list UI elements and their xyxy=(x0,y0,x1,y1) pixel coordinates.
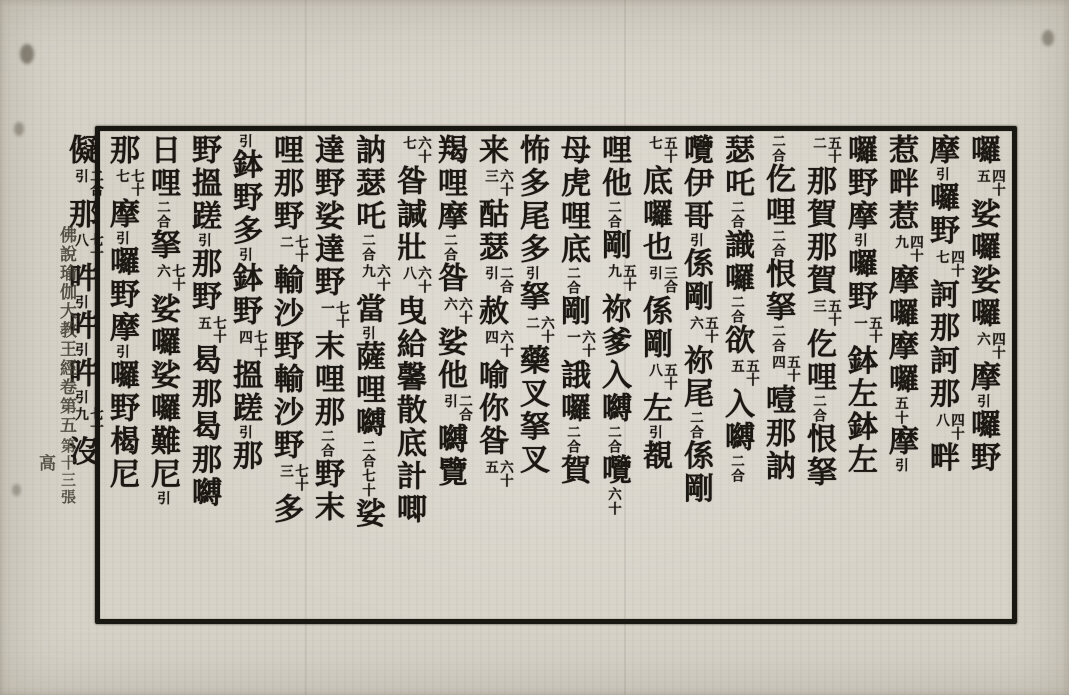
dharani-char: 多 xyxy=(514,233,549,266)
dharani-char: 噎 xyxy=(760,384,795,417)
text-column: 母虎哩底二合剛六十一誐囉二合賀 xyxy=(553,134,594,611)
dharani-char: 赦 xyxy=(473,295,508,328)
dharani-char: 爹 xyxy=(596,326,631,359)
text-column: 那七十七摩引囉野摩引囉野楬尼 xyxy=(102,134,143,611)
dharani-char: 多 xyxy=(268,493,303,526)
annotation: 引 xyxy=(236,425,252,440)
dharani-char: 娑 xyxy=(965,264,1000,297)
dharani-char: 哩 xyxy=(350,374,385,407)
dharani-char: 酤 xyxy=(473,198,508,231)
text-column: 哩他二合剛五十九祢爹入嚩二合囕六十 xyxy=(594,134,635,611)
dharani-char: 訶 xyxy=(924,345,959,378)
dharani-char: 瑟 xyxy=(473,231,508,264)
dharani-char: 剛 xyxy=(596,229,631,262)
dharani-char: 嚩 xyxy=(596,392,631,425)
annotation: 二合 xyxy=(441,233,457,262)
dharani-char: 惹 xyxy=(883,200,918,233)
dharani-char: 哩 xyxy=(432,167,467,200)
annotation: 引 xyxy=(154,491,170,506)
dharani-char: 賀 xyxy=(801,198,836,231)
annotation: 引 xyxy=(523,266,539,281)
dharani-char: 末 xyxy=(309,491,344,524)
dharani-char: 囉 xyxy=(719,262,754,295)
dharani-char: 那 xyxy=(186,248,221,281)
dharani-char: 識 xyxy=(719,229,754,262)
annotation: 六十 xyxy=(605,487,621,516)
text-column: 惹畔惹四十九摩囉摩囉五十摩引 xyxy=(881,134,922,611)
dharani-char: 輸 xyxy=(268,264,303,297)
dharani-char: 散 xyxy=(391,394,426,427)
dharani-char: 囉 xyxy=(965,297,1000,330)
annotation: 引 xyxy=(646,425,662,440)
annotation: 四十九 xyxy=(892,235,922,262)
annotation: 五十九 xyxy=(605,264,635,291)
annotation: 引 xyxy=(195,233,211,248)
ink-smudge xyxy=(20,44,34,64)
dharani-char: 訶 xyxy=(924,279,959,312)
dharani-char: 哩 xyxy=(309,363,344,396)
text-column: 達野娑達野七十一末哩那二合野末 xyxy=(307,134,348,611)
dharani-char: 野 xyxy=(186,281,221,314)
text-column: 羯哩摩二合昝六十六娑他二合引嚩覽 xyxy=(430,134,471,611)
annotation: 二合 xyxy=(605,200,621,229)
dharani-char: 摩 xyxy=(104,198,139,231)
dharani-char: 那 xyxy=(268,167,303,200)
text-column: 囉野摩引囉野五十一鉢左鉢左 xyxy=(840,134,881,611)
dharani-char: 他 xyxy=(432,359,467,392)
dharani-char: 囉 xyxy=(842,134,877,167)
dharani-char: 尼 xyxy=(104,458,139,491)
dharani-char: 鉢 xyxy=(842,345,877,378)
annotation: 二合 xyxy=(810,394,826,423)
dharani-char: 尾 xyxy=(514,200,549,233)
dharani-char: 囉 xyxy=(145,392,180,425)
dharani-char: 計 xyxy=(391,460,426,493)
text-column: 怖多尾多引拏六十二藥叉拏叉 xyxy=(512,134,553,611)
annotation: 六十二 xyxy=(523,316,553,343)
dharani-char: 那 xyxy=(104,134,139,167)
dharani-char: 哩 xyxy=(760,196,795,229)
dharani-char: 剛 xyxy=(678,281,713,314)
annotation: 引 xyxy=(236,134,252,149)
dharani-char: 哩 xyxy=(555,200,590,233)
dharani-char: 摩 xyxy=(883,264,918,297)
annotation: 五十 xyxy=(892,396,908,425)
annotation: 二合 xyxy=(605,425,621,454)
dharani-char: 係 xyxy=(678,440,713,473)
dharani-char: 係 xyxy=(637,295,672,328)
annotation: 引 xyxy=(236,248,252,263)
dharani-char: 野 xyxy=(309,266,344,299)
sutra-title: 佛說瑜伽大教王經卷第五 xyxy=(56,226,76,435)
annotation: 二合 xyxy=(564,425,580,454)
dharani-char: 剛 xyxy=(555,295,590,328)
annotation: 七十一 xyxy=(318,301,348,328)
dharani-char: 蹉 xyxy=(186,200,221,233)
dharani-char: 難 xyxy=(145,425,180,458)
dharani-char: 訥 xyxy=(760,450,795,483)
dharani-char: 那 xyxy=(924,378,959,411)
dharani-char: 嚩 xyxy=(186,477,221,510)
dharani-char: 誐 xyxy=(555,359,590,392)
dharani-char: 囕 xyxy=(678,134,713,167)
text-column: 囕伊哥引係剛五十六祢尾二合係剛 xyxy=(676,134,717,611)
annotation: 二合引 xyxy=(482,266,512,293)
annotation: 二合 xyxy=(769,229,785,258)
dharani-char: 曷 xyxy=(186,411,221,444)
dharani-char: 摩 xyxy=(104,312,139,345)
dharani-char: 野 xyxy=(924,215,959,248)
dharani-char: 野 xyxy=(104,392,139,425)
annotation: 五十二 xyxy=(810,136,840,163)
annotation: 五十一 xyxy=(851,316,881,343)
annotation: 六十八 xyxy=(400,266,430,293)
dharani-char: 曳 xyxy=(391,295,426,328)
dharani-char: 摩 xyxy=(883,425,918,458)
dharani-char: 拏 xyxy=(514,411,549,444)
sheet-number: 第十三張 xyxy=(59,438,77,506)
dharani-char: 當 xyxy=(350,293,385,326)
annotation: 四十六 xyxy=(974,332,1004,359)
annotation: 引 xyxy=(113,231,129,246)
dharani-char: 吒 xyxy=(350,200,385,233)
annotation: 二合 xyxy=(728,454,744,483)
annotation: 二合 xyxy=(359,233,375,262)
annotation: 二合 xyxy=(769,324,785,353)
annotation: 三合引 xyxy=(646,266,676,293)
dharani-char: 係 xyxy=(678,248,713,281)
dharani-char: 伊 xyxy=(678,167,713,200)
text-column: 五十二那賀那賀五十三仡哩二合恨拏 xyxy=(799,134,840,611)
dharani-char: 鉢 xyxy=(227,262,262,295)
dharani-char: 娑 xyxy=(350,498,385,531)
dharani-char: 覩 xyxy=(637,440,672,473)
annotation: 六十六 xyxy=(441,297,471,324)
annotation: 六十一 xyxy=(564,330,594,357)
dharani-char: 賀 xyxy=(801,264,836,297)
annotation: 引 xyxy=(359,326,375,341)
dharani-char: 囉 xyxy=(555,392,590,425)
dharani-char: 拏 xyxy=(145,229,180,262)
dharani-char: 搵 xyxy=(186,167,221,200)
dharani-char: 怖 xyxy=(514,134,549,167)
dharani-char: 母 xyxy=(555,134,590,167)
dharani-char: 左 xyxy=(842,444,877,477)
annotation: 二合 xyxy=(769,134,785,163)
annotation: 二合 xyxy=(154,200,170,229)
dharani-char: 野 xyxy=(268,429,303,462)
annotation: 四十五 xyxy=(974,169,1004,196)
text-column: 瑟吒二合識囉二合欲五十五入嚩二合 xyxy=(717,134,758,611)
dharani-char: 欲 xyxy=(719,324,754,357)
dharani-char: 唧 xyxy=(391,493,426,526)
dharani-char: 楬 xyxy=(104,425,139,458)
dharani-char: 哩 xyxy=(801,361,836,394)
dharani-char: 囉 xyxy=(965,409,1000,442)
dharani-char: 多 xyxy=(227,215,262,248)
annotation: 七十三 xyxy=(277,464,307,491)
annotation: 七十 xyxy=(359,469,375,498)
dharani-char: 囉 xyxy=(883,297,918,330)
annotation: 七十五 xyxy=(195,316,225,343)
dharani-char: 左 xyxy=(842,378,877,411)
dharani-char: 畔 xyxy=(883,167,918,200)
annotation: 五十六 xyxy=(687,316,717,343)
dharani-char: 野 xyxy=(227,182,262,215)
dharani-char: 仡 xyxy=(760,163,795,196)
annotation: 五十七 xyxy=(646,136,676,163)
dharani-char: 恨 xyxy=(760,258,795,291)
text-column: 日哩二合拏七十六娑囉娑囉難尼引 xyxy=(143,134,184,611)
annotation: 引 xyxy=(113,345,129,360)
dharani-char: 昝 xyxy=(473,425,508,458)
dharani-char: 馨 xyxy=(391,361,426,394)
dharani-char: 拏 xyxy=(514,281,549,314)
dharani-char: 他 xyxy=(596,167,631,200)
dharani-char: 嚩 xyxy=(350,407,385,440)
dharani-char: 嚩 xyxy=(432,423,467,456)
dharani-char: 野 xyxy=(309,167,344,200)
dharani-char: 祢 xyxy=(678,345,713,378)
text-column: 野搵蹉引那野七十五曷那曷那嚩 xyxy=(184,134,225,611)
annotation: 七十四 xyxy=(236,330,266,357)
dharani-char: 摩 xyxy=(883,330,918,363)
dharani-char: 野 xyxy=(842,281,877,314)
dharani-char: 囉 xyxy=(965,231,1000,264)
dharani-char: 娑 xyxy=(145,359,180,392)
dharani-char: 入 xyxy=(596,359,631,392)
sheet-info-column: 第十三張 高 xyxy=(33,438,79,506)
dharani-char: 輸 xyxy=(268,363,303,396)
carver-mark: 高 xyxy=(33,454,58,506)
dharani-char: 囉 xyxy=(104,246,139,279)
dharani-char: 薩 xyxy=(350,341,385,374)
dharani-char: 娑 xyxy=(145,293,180,326)
annotation: 二合 xyxy=(728,295,744,324)
dharani-char: 尾 xyxy=(678,378,713,411)
annotation: 七十六 xyxy=(154,264,184,291)
text-column: 囉四十五娑囉娑囉四十六摩引囉野 xyxy=(963,134,1004,611)
dharani-char: 摩 xyxy=(432,200,467,233)
annotation: 五十五 xyxy=(728,359,758,386)
dharani-char: 鉢 xyxy=(227,149,262,182)
dharani-char: 底 xyxy=(391,427,426,460)
dharani-char: 底 xyxy=(637,165,672,198)
dharani-char: 尼 xyxy=(145,458,180,491)
dharani-char: 多 xyxy=(514,167,549,200)
dharani-char: 祢 xyxy=(596,293,631,326)
annotation: 二合 xyxy=(687,411,703,440)
dharani-char: 拏 xyxy=(760,291,795,324)
dharani-char: 哥 xyxy=(678,200,713,233)
dharani-char: 那 xyxy=(801,231,836,264)
annotation: 二合引 xyxy=(441,394,471,421)
dharani-char: 野 xyxy=(268,200,303,233)
dharani-char: 壯 xyxy=(391,231,426,264)
dharani-char: 叉 xyxy=(514,444,549,477)
dharani-char: 摩 xyxy=(842,200,877,233)
dharani-char: 瑟 xyxy=(350,167,385,200)
dharani-char: 野 xyxy=(104,279,139,312)
annotation: 六十三 xyxy=(482,169,512,196)
dharani-char: 沙 xyxy=(268,396,303,429)
dharani-char: 訥 xyxy=(350,134,385,167)
annotation: 五十三 xyxy=(810,299,840,326)
dharani-char: 給 xyxy=(391,328,426,361)
dharani-char: 也 xyxy=(637,231,672,264)
dharani-char: 那 xyxy=(760,417,795,450)
annotation: 六十七 xyxy=(400,136,430,163)
dharani-char: 虎 xyxy=(555,167,590,200)
dharani-char: 昝 xyxy=(432,262,467,295)
text-column: 六十七昝諴壯六十八曳給馨散底計唧 xyxy=(389,134,430,611)
dharani-char: 囉 xyxy=(145,326,180,359)
dharani-char: 拏 xyxy=(801,456,836,489)
dharani-char: 囉 xyxy=(883,363,918,396)
dharani-char: 野 xyxy=(842,167,877,200)
dharani-char: 娑 xyxy=(309,200,344,233)
scanned-page: 囉四十五娑囉娑囉四十六摩引囉野摩引囉野四十七訶那訶那四十八畔惹畔惹四十九摩囉摩囉… xyxy=(0,0,1069,695)
ink-smudge xyxy=(1042,30,1054,46)
dharani-char: 野 xyxy=(186,134,221,167)
annotation: 二合 xyxy=(359,440,375,469)
annotation: 六十四 xyxy=(482,330,512,357)
annotation: 二合 xyxy=(564,266,580,295)
dharani-char: 底 xyxy=(555,233,590,266)
annotation: 二合引 xyxy=(72,169,102,196)
text-column: 引鉢野多引鉢野七十四搵蹉引那 xyxy=(225,134,266,611)
dharani-char: 囉 xyxy=(965,134,1000,167)
annotation: 引 xyxy=(933,167,949,182)
dharani-char: 覽 xyxy=(432,456,467,489)
dharani-char: 羯 xyxy=(432,134,467,167)
annotation: 四十七 xyxy=(933,250,963,277)
dharani-char: 野 xyxy=(268,330,303,363)
dharani-char: 你 xyxy=(473,392,508,425)
dharani-char: 剛 xyxy=(678,473,713,506)
dharani-char: 藥 xyxy=(514,345,549,378)
dharani-char: 叉 xyxy=(514,378,549,411)
dharani-char: 娑 xyxy=(432,326,467,359)
ink-smudge xyxy=(12,484,21,496)
dharani-char: 吒 xyxy=(719,167,754,200)
dharani-char: 摩 xyxy=(965,361,1000,394)
dharani-char: 瑟 xyxy=(719,134,754,167)
dharani-char: 哩 xyxy=(268,134,303,167)
annotation: 五十八 xyxy=(646,363,676,390)
text-column: 来六十三酤瑟二合引赦六十四喻你昝六十五 xyxy=(471,134,512,611)
dharani-char: 畔 xyxy=(924,442,959,475)
dharani-char: 那 xyxy=(924,312,959,345)
annotation: 引 xyxy=(974,394,990,409)
dharani-char: 嚩 xyxy=(719,421,754,454)
dharani-char: 仡 xyxy=(801,328,836,361)
dharani-char: 那 xyxy=(227,440,262,473)
annotation: 二合 xyxy=(318,429,334,458)
annotation: 二合 xyxy=(728,200,744,229)
dharani-char: 恨 xyxy=(801,423,836,456)
dharani-char: 囉 xyxy=(842,248,877,281)
dharani-char: 剛 xyxy=(637,328,672,361)
annotation: 六十五 xyxy=(482,460,512,487)
dharani-char: 野 xyxy=(309,458,344,491)
dharani-char: 沙 xyxy=(268,297,303,330)
dharani-char: 娑 xyxy=(965,198,1000,231)
annotation: 引 xyxy=(851,233,867,248)
dharani-char: 囉 xyxy=(924,182,959,215)
dharani-char: 達 xyxy=(309,134,344,167)
dharani-char: 賀 xyxy=(555,454,590,487)
dharani-char: 日 xyxy=(145,134,180,167)
sutra-title-column: 佛說瑜伽大教王經卷第五 xyxy=(54,226,79,435)
annotation: 七十二 xyxy=(277,235,307,262)
text-column: 五十七底囉也三合引係剛五十八左引覩 xyxy=(635,134,676,611)
dharani-char: 入 xyxy=(719,388,754,421)
ink-smudge xyxy=(14,122,24,136)
text-column: 訥瑟吒二合六十九當引薩哩嚩二合七十娑 xyxy=(348,134,389,611)
dharani-char: 末 xyxy=(309,330,344,363)
dharani-char: 哩 xyxy=(596,134,631,167)
dharani-char: 囉 xyxy=(637,198,672,231)
annotation: 引 xyxy=(687,233,703,248)
dharani-char: 左 xyxy=(637,392,672,425)
dharani-char: 喻 xyxy=(473,359,508,392)
text-column: 摩引囉野四十七訶那訶那四十八畔 xyxy=(922,134,963,611)
dharani-char: 那 xyxy=(309,396,344,429)
dharani-char: 昝 xyxy=(391,165,426,198)
dharani-char: 那 xyxy=(801,165,836,198)
dharani-char: 諴 xyxy=(391,198,426,231)
dharani-char: 鉢 xyxy=(842,411,877,444)
dharani-char: 囉 xyxy=(104,359,139,392)
dharani-char: 蹉 xyxy=(227,392,262,425)
dharani-char: 儗 xyxy=(63,134,98,167)
text-column: 二合仡哩二合恨拏二合五十四噎那訥 xyxy=(758,134,799,611)
dharani-char: 惹 xyxy=(883,134,918,167)
dharani-char: 曷 xyxy=(186,345,221,378)
dharani-char: 哩 xyxy=(145,167,180,200)
annotation: 五十四 xyxy=(769,355,799,382)
dharani-char: 摩 xyxy=(924,134,959,167)
annotation: 引 xyxy=(892,458,908,473)
annotation: 四十八 xyxy=(933,413,963,440)
annotation: 六十九 xyxy=(359,264,389,291)
dharani-columns: 囉四十五娑囉娑囉四十六摩引囉野摩引囉野四十七訶那訶那四十八畔惹畔惹四十九摩囉摩囉… xyxy=(103,134,1004,611)
dharani-char: 来 xyxy=(473,134,508,167)
dharani-char: 達 xyxy=(309,233,344,266)
dharani-char: 那 xyxy=(186,378,221,411)
text-column: 哩那野七十二輸沙野輸沙野七十三多 xyxy=(266,134,307,611)
dharani-char: 囕 xyxy=(596,454,631,487)
annotation: 七十七 xyxy=(113,169,143,196)
dharani-char: 搵 xyxy=(227,359,262,392)
dharani-char: 野 xyxy=(965,442,1000,475)
dharani-char: 野 xyxy=(227,295,262,328)
dharani-char: 那 xyxy=(186,444,221,477)
